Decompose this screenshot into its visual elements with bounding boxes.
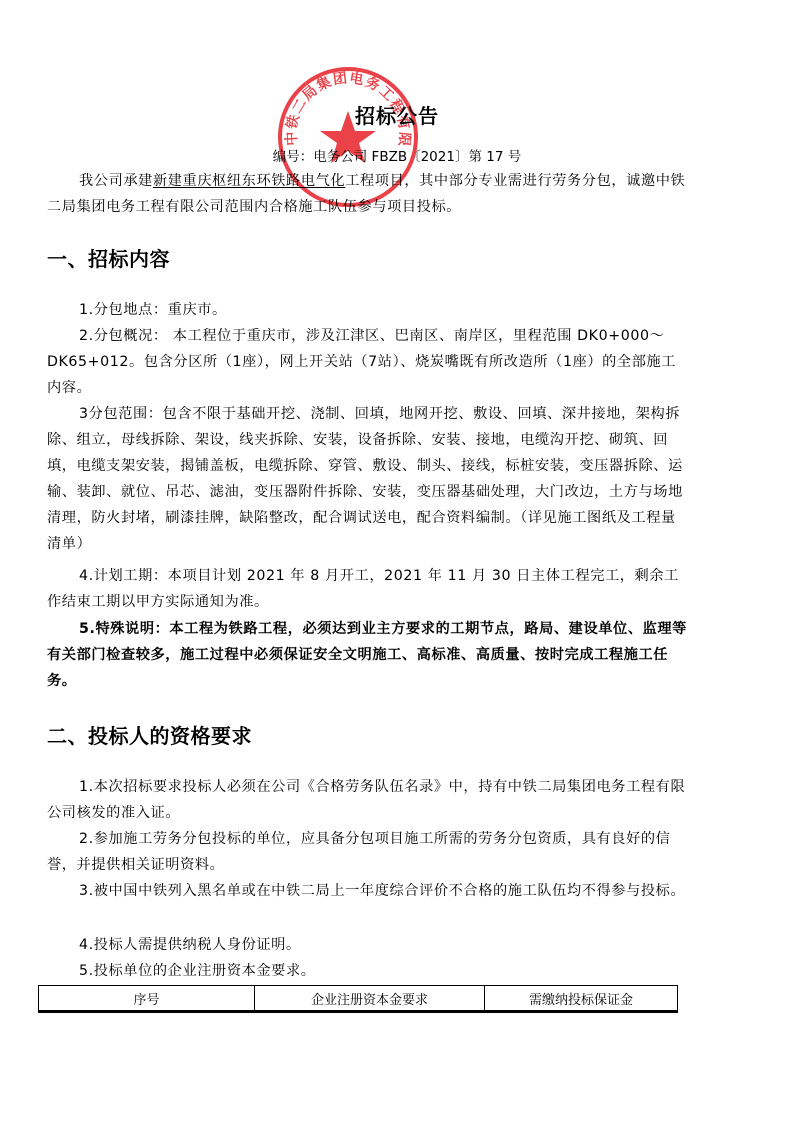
list-item: 2.分包概况： 本工程位于重庆市，涉及江津区、巴南区、南岸区，里程范围 DK0+… bbox=[47, 323, 687, 401]
list-item: 3分包范围：包含不限于基础开挖、浇制、回填，地网开挖、敷设、回填、深井接地，架构… bbox=[47, 401, 687, 557]
list-item: 4.投标人需提供纳税人身份证明。 bbox=[47, 932, 687, 958]
list-item: 2.参加施工劳务分包投标的单位，应具备分包项目施工所需的劳务分包资质，具有良好的… bbox=[47, 826, 687, 878]
table-header-cell: 序号 bbox=[39, 986, 255, 1012]
intro-prefix: 我公司承建 bbox=[79, 173, 153, 189]
table-header-cell: 需缴纳投标保证金 bbox=[485, 986, 678, 1012]
list-item: 1.分包地点：重庆市。 bbox=[47, 297, 687, 323]
list-item: 5.投标单位的企业注册资本金要求。 bbox=[47, 958, 687, 984]
list-item: 4.计划工期：本项目计划 2021 年 8 月开工，2021 年 11 月 30… bbox=[47, 563, 687, 615]
section-heading-bid-content: 一、招标内容 bbox=[47, 243, 170, 272]
document-title: 招标公告 bbox=[0, 100, 794, 129]
intro-paragraph: 我公司承建新建重庆枢纽东环铁路电气化工程项目，其中部分专业需进行劳务分包，诚邀中… bbox=[47, 168, 687, 220]
list-item: 3.被中国中铁列入黑名单或在中铁二局上一年度综合评价不合格的施工队伍均不得参与投… bbox=[47, 878, 687, 904]
document-number: 编号：电务公司 FBZB〔2021〕第 17 号 bbox=[0, 145, 794, 165]
table-header-row: 序号 企业注册资本金要求 需缴纳投标保证金 bbox=[39, 986, 678, 1012]
document-page: 中铁二局集团电务工程有限公司 招标公告 编号：电务公司 FBZB〔2021〕第 … bbox=[0, 0, 794, 1123]
capital-requirement-table: 序号 企业注册资本金要求 需缴纳投标保证金 bbox=[38, 985, 678, 1013]
special-note: 5.特殊说明：本工程为铁路工程，必须达到业主方要求的工期节点，路局、建设单位、监… bbox=[47, 616, 687, 694]
project-name: 新建重庆枢纽东环铁路电气化 bbox=[153, 173, 345, 189]
list-item: 1.本次招标要求投标人必须在公司《合格劳务队伍名录》中，持有中铁二局集团电务工程… bbox=[47, 774, 687, 826]
section-heading-qualification: 二、投标人的资格要求 bbox=[47, 720, 252, 749]
table-header-cell: 企业注册资本金要求 bbox=[255, 986, 485, 1012]
